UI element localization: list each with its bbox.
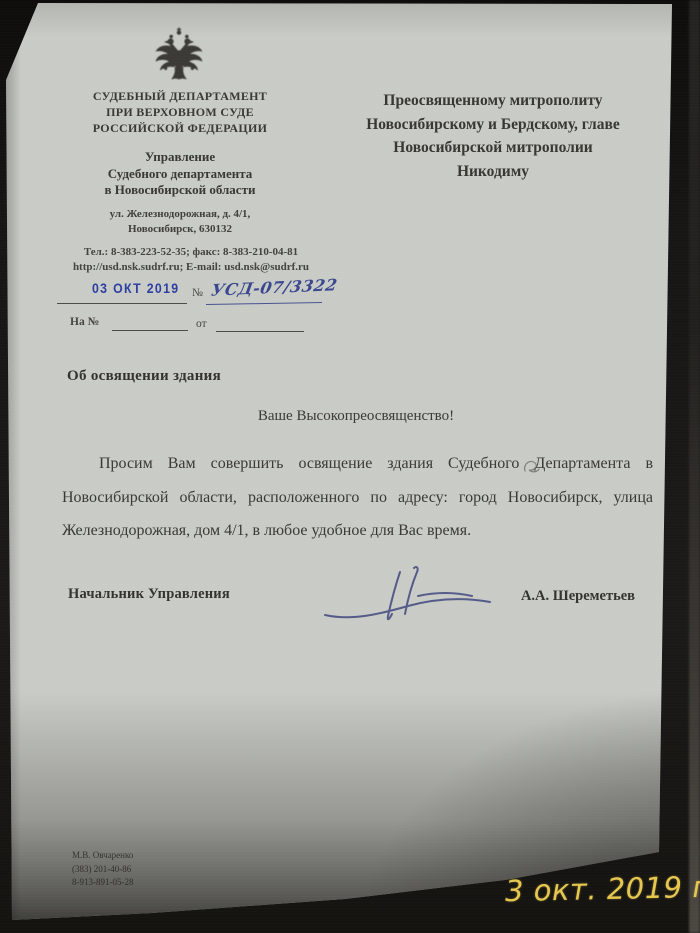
photo-timestamp-overlay: 3 окт. 2019 г. [505,870,700,908]
salutation: Ваше Высокопреосвященство! [60,408,652,425]
addressee-block: Преосвященному митрополиту Новосибирском… [328,89,658,183]
form-line-from [216,331,304,332]
reply-number-label: На № [70,316,99,328]
executor-phone: (383) 201-40-86 [72,863,134,877]
division-line: Управление [55,149,305,166]
signer-position-title: Начальник Управления [68,586,230,603]
form-line-number [206,302,322,305]
org-name-block: СУДЕБНЫЙ ДЕПАРТАМЕНТ ПРИ ВЕРХОВНОМ СУДЕ … [55,88,305,136]
date-stamp: 03 ОКТ 2019 [92,280,179,296]
org-contacts-block: Тел.: 8-383-223-52-35; факс: 8-383-210-0… [48,245,334,275]
org-name-line: ПРИ ВЕРХОВНОМ СУДЕ [55,104,305,120]
reply-from-label: от [196,318,207,330]
division-line: Судебного департамента [55,166,305,183]
number-label: № [192,287,203,299]
document-content: СУДЕБНЫЙ ДЕПАРТАМЕНТ ПРИ ВЕРХОВНОМ СУДЕ … [0,0,700,933]
division-name-block: Управление Судебного департамента в Ново… [55,149,305,199]
addressee-line: Преосвященному митрополиту [328,89,658,113]
subject-line: Об освящении здания [67,368,221,385]
form-line-reply [112,330,188,331]
body-line: Просим Вам совершить освящение здания Су… [62,447,653,481]
coat-of-arms-icon [151,27,207,85]
executor-name: М.В. Овчаренко [72,849,134,863]
ink-smudge-icon [521,457,543,477]
handwritten-signature-icon [320,563,500,625]
document-page: СУДЕБНЫЙ ДЕПАРТАМЕНТ ПРИ ВЕРХОВНОМ СУДЕ … [0,0,700,933]
background-edge-highlight [689,0,700,933]
body-paragraph: Просим Вам совершить освящение здания Су… [62,447,653,548]
executor-phone: 8-913-891-05-28 [72,876,134,890]
addressee-line: Новосибирской митрополии [328,136,658,160]
address-line: Новосибирск, 630132 [55,222,305,237]
photo-of-document: СУДЕБНЫЙ ДЕПАРТАМЕНТ ПРИ ВЕРХОВНОМ СУДЕ … [0,0,700,933]
body-line: Новосибирской области, расположенного по… [62,481,653,515]
signer-name: А.А. Шереметьев [495,588,635,605]
body-line: Железнодорожная, дом 4/1, в любое удобно… [62,514,653,548]
org-address-block: ул. Железнодорожная, д. 4/1, Новосибирск… [55,207,305,237]
division-line: в Новосибирской области [55,182,305,199]
contacts-line: Тел.: 8-383-223-52-35; факс: 8-383-210-0… [48,245,334,260]
outgoing-number-handwritten: УСД-07/3322 [210,275,339,299]
org-name-line: РОССИЙСКОЙ ФЕДЕРАЦИИ [55,120,305,136]
org-name-line: СУДЕБНЫЙ ДЕПАРТАМЕНТ [55,88,305,104]
executor-contact-block: М.В. Овчаренко (383) 201-40-86 8-913-891… [72,849,134,890]
contacts-line: http://usd.nsk.sudrf.ru; E-mail: usd.nsk… [48,260,334,275]
address-line: ул. Железнодорожная, д. 4/1, [55,207,305,222]
form-line-date [57,303,187,304]
addressee-line: Никодиму [328,160,658,184]
addressee-line: Новосибирскому и Бердскому, главе [328,113,658,137]
